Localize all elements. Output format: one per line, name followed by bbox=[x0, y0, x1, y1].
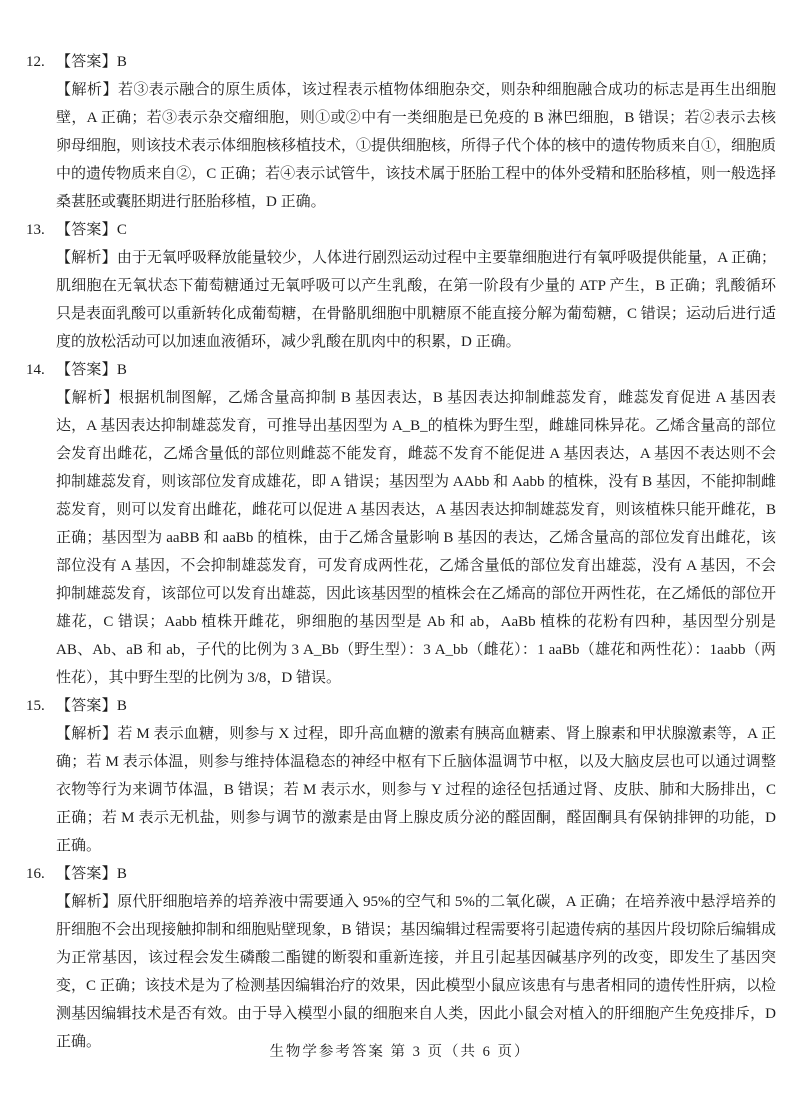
analysis-label: 【解析】 bbox=[56, 390, 119, 406]
item-body: 【答案】B 【解析】根据机制图解，乙烯含量高抑制 B 基因表达，B 基因表达抑制… bbox=[56, 356, 776, 692]
answer-value: B bbox=[117, 362, 127, 378]
item-number: 14. bbox=[26, 356, 56, 692]
item-body: 【答案】B 【解析】若 M 表示血糖，则参与 X 过程，即升高血糖的激素有胰高血… bbox=[56, 692, 776, 860]
answer-item-12: 12. 【答案】B 【解析】若③表示融合的原生质体，该过程表示植物体细胞杂交，则… bbox=[26, 48, 776, 216]
analysis-paragraph: 【解析】根据机制图解，乙烯含量高抑制 B 基因表达，B 基因表达抑制雌蕊发育，雌… bbox=[56, 384, 776, 692]
analysis-text: 原代肝细胞培养的培养液中需要通入 95%的空气和 5%的二氧化碳，A 正确；在培… bbox=[56, 894, 776, 1050]
answer-item-13: 13. 【答案】C 【解析】由于无氧呼吸释放能量较少，人体进行剧烈运动过程中主要… bbox=[26, 216, 776, 356]
analysis-text: 若 M 表示血糖，则参与 X 过程，即升高血糖的激素有胰高血糖素、肾上腺素和甲状… bbox=[56, 726, 776, 854]
answer-value: C bbox=[117, 222, 127, 238]
answer-label: 【答案】 bbox=[56, 222, 117, 238]
answer-item-16: 16. 【答案】B 【解析】原代肝细胞培养的培养液中需要通入 95%的空气和 5… bbox=[26, 860, 776, 1056]
analysis-text: 若③表示融合的原生质体，该过程表示植物体细胞杂交，则杂种细胞融合成功的标志是再生… bbox=[56, 82, 776, 210]
item-body: 【答案】C 【解析】由于无氧呼吸释放能量较少，人体进行剧烈运动过程中主要靠细胞进… bbox=[56, 216, 776, 356]
answer-line: 【答案】B bbox=[56, 692, 776, 720]
answer-label: 【答案】 bbox=[56, 54, 117, 70]
item-number: 13. bbox=[26, 216, 56, 356]
answer-value: B bbox=[117, 698, 127, 714]
analysis-paragraph: 【解析】由于无氧呼吸释放能量较少，人体进行剧烈运动过程中主要靠细胞进行有氧呼吸提… bbox=[56, 244, 776, 356]
answer-item-15: 15. 【答案】B 【解析】若 M 表示血糖，则参与 X 过程，即升高血糖的激素… bbox=[26, 692, 776, 860]
page-footer: 生物学参考答案 第 3 页（共 6 页） bbox=[0, 1040, 800, 1061]
analysis-label: 【解析】 bbox=[56, 82, 118, 98]
analysis-label: 【解析】 bbox=[56, 894, 117, 910]
answer-key-page: 12. 【答案】B 【解析】若③表示融合的原生质体，该过程表示植物体细胞杂交，则… bbox=[0, 0, 800, 1100]
answer-value: B bbox=[117, 866, 127, 882]
item-body: 【答案】B 【解析】若③表示融合的原生质体，该过程表示植物体细胞杂交，则杂种细胞… bbox=[56, 48, 776, 216]
analysis-label: 【解析】 bbox=[56, 250, 117, 266]
answer-label: 【答案】 bbox=[56, 362, 117, 378]
item-number: 12. bbox=[26, 48, 56, 216]
answer-label: 【答案】 bbox=[56, 698, 117, 714]
answer-value: B bbox=[117, 54, 127, 70]
analysis-paragraph: 【解析】若③表示融合的原生质体，该过程表示植物体细胞杂交，则杂种细胞融合成功的标… bbox=[56, 76, 776, 216]
answer-label: 【答案】 bbox=[56, 866, 117, 882]
analysis-text: 由于无氧呼吸释放能量较少，人体进行剧烈运动过程中主要靠细胞进行有氧呼吸提供能量，… bbox=[56, 250, 776, 350]
answer-line: 【答案】B bbox=[56, 356, 776, 384]
analysis-label: 【解析】 bbox=[56, 726, 117, 742]
answer-line: 【答案】C bbox=[56, 216, 776, 244]
analysis-paragraph: 【解析】若 M 表示血糖，则参与 X 过程，即升高血糖的激素有胰高血糖素、肾上腺… bbox=[56, 720, 776, 860]
answer-item-14: 14. 【答案】B 【解析】根据机制图解，乙烯含量高抑制 B 基因表达，B 基因… bbox=[26, 356, 776, 692]
item-number: 16. bbox=[26, 860, 56, 1056]
answer-line: 【答案】B bbox=[56, 48, 776, 76]
answer-list: 12. 【答案】B 【解析】若③表示融合的原生质体，该过程表示植物体细胞杂交，则… bbox=[0, 0, 800, 1056]
answer-line: 【答案】B bbox=[56, 860, 776, 888]
analysis-text: 根据机制图解，乙烯含量高抑制 B 基因表达，B 基因表达抑制雌蕊发育，雌蕊发育促… bbox=[56, 390, 776, 686]
item-number: 15. bbox=[26, 692, 56, 860]
analysis-paragraph: 【解析】原代肝细胞培养的培养液中需要通入 95%的空气和 5%的二氧化碳，A 正… bbox=[56, 888, 776, 1056]
item-body: 【答案】B 【解析】原代肝细胞培养的培养液中需要通入 95%的空气和 5%的二氧… bbox=[56, 860, 776, 1056]
